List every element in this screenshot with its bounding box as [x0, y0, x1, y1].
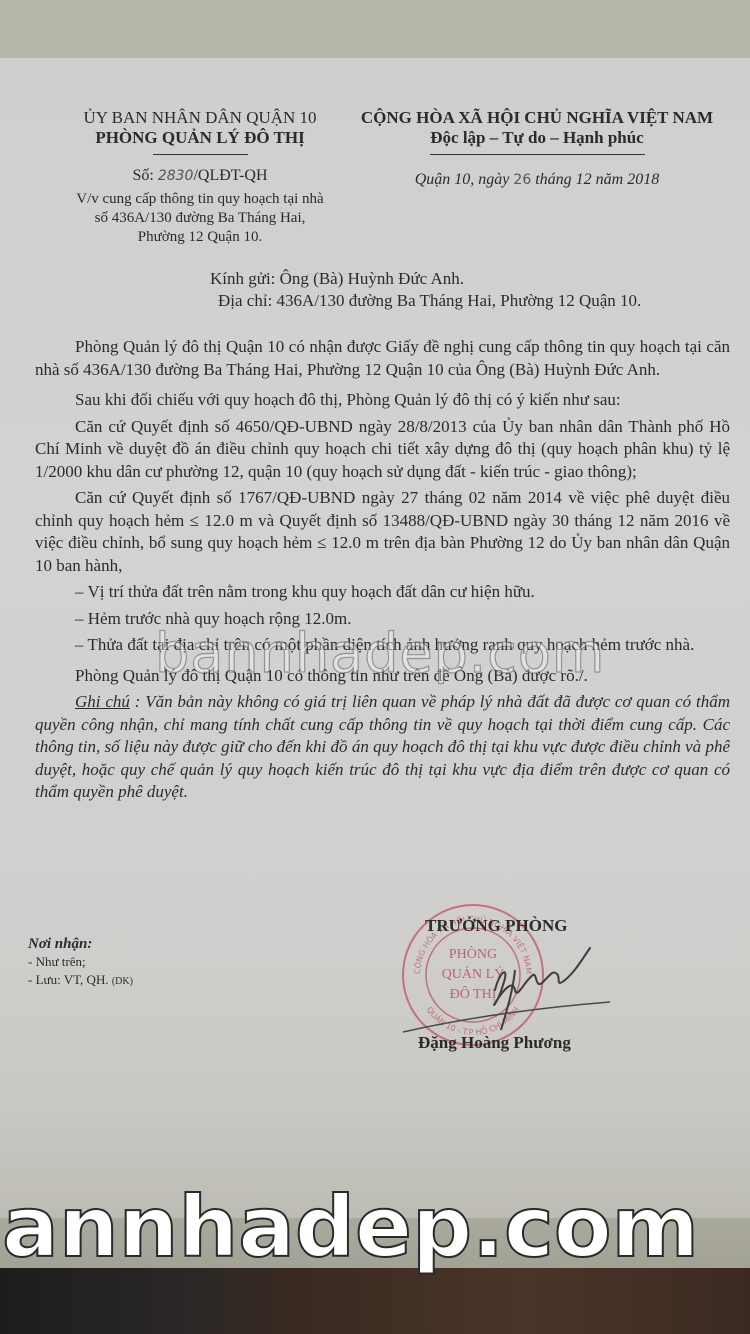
addressee-name: Kính gửi: Ông (Bà) Huỳnh Đức Anh. [210, 268, 641, 290]
addressee-address: Địa chỉ: 436A/130 đường Ba Tháng Hai, Ph… [210, 290, 641, 312]
paragraph-basis-1: Căn cứ Quyết định số 4650/QĐ-UBND ngày 2… [35, 416, 730, 484]
background-band [0, 0, 750, 58]
paragraph-request: Phòng Quản lý đô thị Quận 10 có nhận đượ… [35, 336, 730, 381]
addressee-block: Kính gửi: Ông (Bà) Huỳnh Đức Anh. Địa ch… [210, 268, 641, 312]
national-header: CỘNG HÒA XÃ HỘI CHỦ NGHĨA VIỆT NAM Độc l… [332, 108, 742, 189]
letter-body: Phòng Quản lý đô thị Quận 10 có nhận đượ… [35, 336, 730, 804]
date-suffix: tháng 12 năm 2018 [535, 171, 659, 188]
issuer-department: PHÒNG QUẢN LÝ ĐÔ THỊ [55, 128, 345, 148]
subject-line: số 436A/130 đường Ba Tháng Hai, [55, 209, 345, 228]
subject-line: V/v cung cấp thông tin quy hoạch tại nhà [55, 190, 345, 209]
issuer-block: ỦY BAN NHÂN DÂN QUẬN 10 PHÒNG QUẢN LÝ ĐÔ… [55, 108, 345, 247]
document-number: Số: 2830/QLĐT-QH [55, 166, 345, 186]
watermark-inline: bannhadep.com [155, 622, 605, 685]
note-text: : Văn bản này không có giá trị liên quan… [35, 692, 730, 801]
number-suffix: /QLĐT-QH [193, 167, 267, 184]
subject-line: Phường 12 Quận 10. [55, 228, 345, 247]
issuer-org: ỦY BAN NHÂN DÂN QUẬN 10 [55, 108, 345, 128]
signature-icon [385, 930, 615, 1040]
paragraph-basis-2: Căn cứ Quyết định số 1767/QĐ-UBND ngày 2… [35, 487, 730, 577]
nation-motto: Độc lập – Tự do – Hạnh phúc [332, 128, 742, 148]
finding-item: – Vị trí thửa đất trên nằm trong khu quy… [35, 581, 730, 604]
date-day-handwritten: 26 [513, 172, 531, 188]
issuer-rule [153, 154, 248, 155]
recipient-item: - Như trên; [28, 953, 133, 971]
drafter-initials: (DK) [112, 976, 133, 987]
nation-title: CỘNG HÒA XÃ HỘI CHỦ NGHĨA VIỆT NAM [332, 108, 742, 128]
subject-block: V/v cung cấp thông tin quy hoạch tại nhà… [55, 190, 345, 247]
date-prefix: Quận 10, ngày [415, 171, 510, 188]
number-handwritten: 2830 [158, 168, 194, 184]
signatory-name: Đặng Hoàng Phương [418, 1033, 571, 1053]
recipient-item: - Lưu: VT, QH. (DK) [28, 971, 133, 991]
note-label: Ghi chú [75, 692, 130, 711]
watermark-banner: bannhadep.com [0, 1178, 699, 1276]
motto-rule [430, 154, 645, 155]
note-paragraph: Ghi chú : Văn bản này không có giá trị l… [35, 691, 730, 804]
document-date: Quận 10, ngày 26 tháng 12 năm 2018 [332, 171, 742, 189]
desk-surface [0, 1268, 750, 1334]
paragraph-opinion: Sau khi đối chiếu với quy hoạch đô thị, … [35, 389, 730, 412]
recipients-title: Nơi nhận: [28, 935, 133, 953]
number-prefix: Số: [132, 167, 153, 184]
recipients-block: Nơi nhận: - Như trên; - Lưu: VT, QH. (DK… [28, 935, 133, 991]
